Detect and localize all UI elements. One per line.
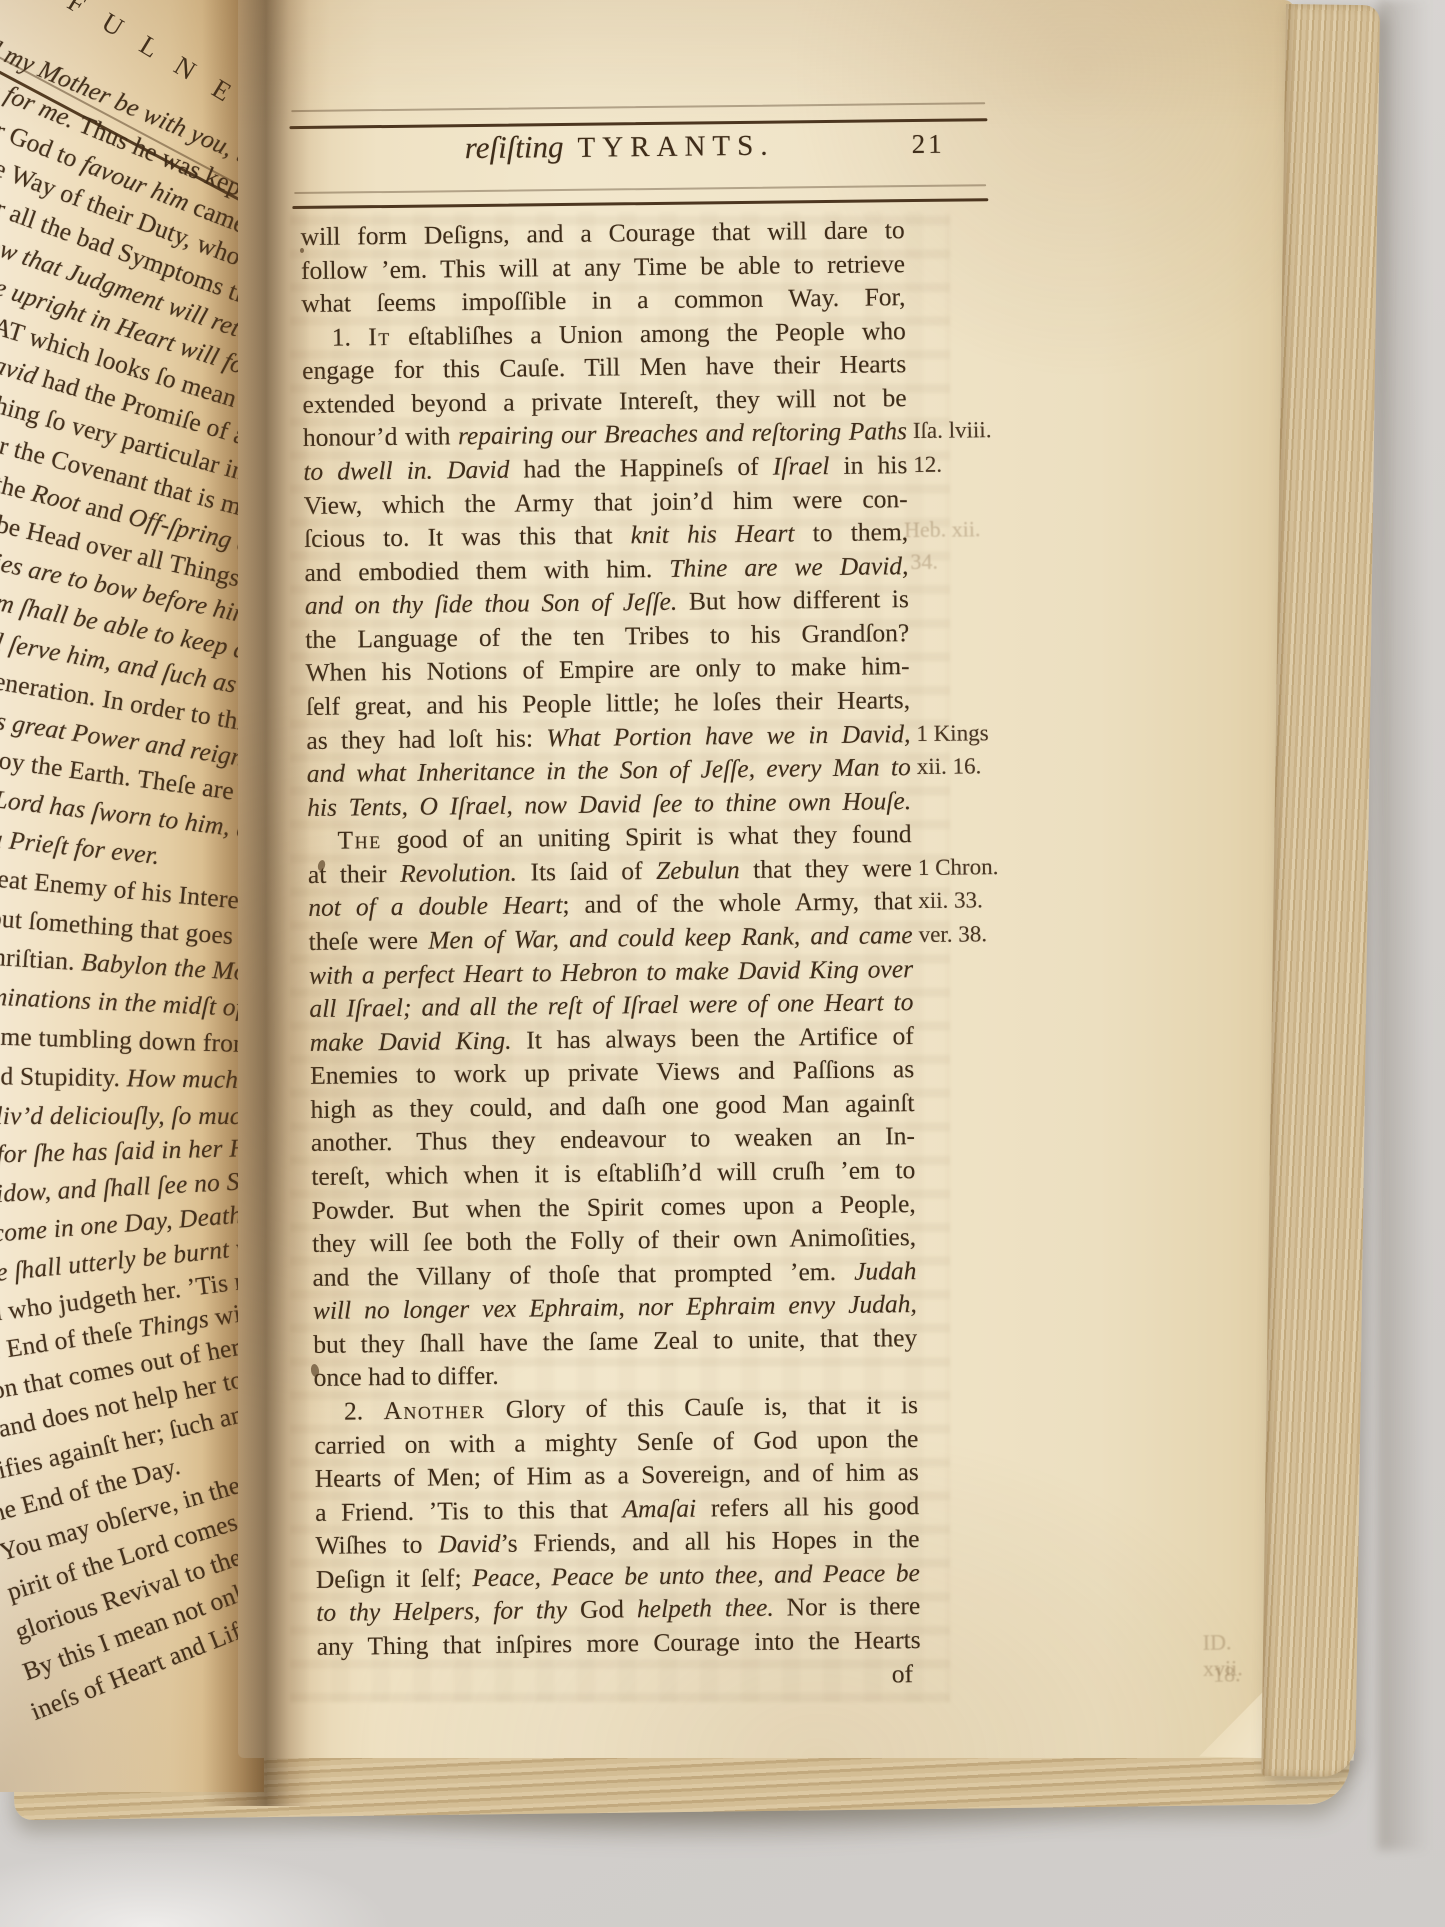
text-segment: extended beyond a private Intereſt, they… <box>302 383 906 419</box>
ghost-margin-note: 34. <box>910 549 938 575</box>
margin-note: 1 Kings <box>916 718 1056 748</box>
text-segment: David <box>447 455 510 485</box>
text-line: any Thing that inſpires more Courage int… <box>317 1624 921 1665</box>
text-segment: Judah <box>854 1256 917 1286</box>
text-segment: come tumbling down from the h <box>0 1021 264 1060</box>
text-segment: Iſrael <box>773 451 830 481</box>
text-segment: what ſeems impoſſible in a common Way. F… <box>301 282 905 318</box>
text-segment: God <box>580 1595 624 1624</box>
text-segment: When his Notions of Empire are only to m… <box>305 652 909 688</box>
text-segment: all Iſrael; and all the reſt of Iſrael w… <box>309 987 913 1023</box>
left-page-text-line: ominations in the midſt of the Ear <box>0 981 264 1027</box>
text-segment: to them, <box>794 517 908 547</box>
catchword: of <box>317 1659 913 1696</box>
text-segment: Nor is there <box>774 1591 921 1622</box>
text-segment: Zebulun <box>656 855 740 885</box>
text-segment: to dwell in. <box>303 455 433 485</box>
margin-note: xii. 33. <box>918 886 1058 916</box>
text-segment: Amaſai <box>622 1493 696 1523</box>
ghost-margin-note: 18. <box>1213 1661 1241 1687</box>
text-segment: will form Deſigns, and a Courage that wi… <box>301 215 905 251</box>
text-segment: good of an uniting Spirit is what they f… <box>381 819 911 854</box>
book-photo: F U L N E S S of nd my Mother be with yo… <box>0 0 1445 1927</box>
running-header-italic: reſiſting <box>465 129 564 165</box>
text-segment: will no longer vex Ephraim, nor Ephraim … <box>313 1289 917 1325</box>
text-segment: ſelf great, and his People little; he lo… <box>306 685 910 721</box>
header-rule-top-thin <box>291 102 985 111</box>
text-segment: and the Villany of thoſe that prompted ’… <box>312 1256 854 1291</box>
text-segment: View, which the Army that join’d him wer… <box>304 484 908 520</box>
text-segment: helpeth thee. <box>624 1593 774 1624</box>
text-segment: repairing our Breaches and reſtoring Pat… <box>458 417 907 451</box>
text-segment: had the Happineſs of <box>509 452 773 484</box>
text-segment: make David King. <box>310 1025 512 1056</box>
text-segment: knit his Heart <box>630 519 794 550</box>
text-segment: ominations in the midſt of the Ear <box>0 981 264 1026</box>
text-segment: It has always been the Artifice of <box>511 1021 914 1055</box>
text-segment: and on thy ſide thou Son of Jeſſe. <box>305 587 678 620</box>
text-segment: another. Thus they endeavour to weaken a… <box>311 1121 915 1157</box>
text-segment: ſcious to. It was this that <box>304 520 631 553</box>
text-segment: Its ſaid of <box>517 856 656 887</box>
book-edge-shadow <box>1378 0 1428 1850</box>
text-segment: tereſt, which when it is eſtabliſh’d wil… <box>311 1155 915 1191</box>
text-segment: to thy Helpers, for thy <box>316 1595 580 1627</box>
text-segment: with a perfect Heart to Hebron to make D… <box>309 954 913 990</box>
text-segment: the Language of the ten Tribes to his Gr… <box>305 618 909 654</box>
running-header: reſiſtingTYRANTS. <box>299 125 939 168</box>
left-page: F U L N E S S of nd my Mother be with yo… <box>0 0 264 1792</box>
right-page-text: reſiſtingTYRANTS. 21 will form Deſigns, … <box>298 0 1037 1720</box>
text-segment: his Tents, O Iſrael, now David ſee to th… <box>307 786 911 822</box>
text-segment: Root <box>29 478 83 518</box>
text-segment: a Friend. ’Tis to this that <box>315 1494 623 1526</box>
left-page-text-line: d liv’d deliciouſly, ſo much Torm <box>0 1101 264 1131</box>
text-segment: Chriſtian. <box>0 941 82 976</box>
margin-note: 1 Chron. <box>918 852 1058 882</box>
text-segment: It <box>368 322 391 351</box>
text-segment: Enemies to work up private Views and Paſ… <box>310 1054 914 1090</box>
left-page-text-line: and Stupidity. How much ſhe <box>0 1061 264 1095</box>
text-segment: Wiſhes to <box>315 1530 438 1560</box>
text-segment: Another <box>383 1395 485 1425</box>
text-segment: But how different is <box>677 584 909 616</box>
text-segment: David <box>438 1529 501 1559</box>
text-segment: and embodied them with him. <box>304 554 669 587</box>
text-segment: any Thing that inſpires more Courage int… <box>317 1625 921 1661</box>
text-segment: Powder. But when the Spirit comes upon a… <box>312 1189 916 1225</box>
text-segment: What Portion have we in David, <box>546 719 910 752</box>
text-segment: as they had loſt his: <box>306 723 546 755</box>
text-segment: Hearts of Men; of Him as a Sovereign, an… <box>315 1457 919 1493</box>
text-segment: not of a double Heart <box>308 890 562 922</box>
text-segment: r, for ſhe has ſaid in her Heart, I ſi <box>0 1131 264 1169</box>
text-segment: Deſign it ſelf; <box>316 1563 473 1594</box>
left-page-text-line: come tumbling down from the h <box>0 1021 264 1061</box>
text-segment: d liv’d deliciouſly, ſo much Torm <box>0 1101 264 1130</box>
text-segment: once had to differ. <box>313 1361 498 1392</box>
text-segment: Things <box>136 1304 210 1343</box>
text-segment: Babylon the Mother of <box>81 948 264 991</box>
text-segment: 1. <box>332 322 369 351</box>
header-rule-bottom <box>292 198 988 209</box>
text-segment: they will ſee both the Folly of their ow… <box>312 1222 916 1258</box>
margin-note: Iſa. lviii. <box>913 416 1053 446</box>
text-segment: Men of War, and could keep Rank, and cam… <box>428 920 913 954</box>
header-rule-bottom-thin <box>294 184 986 193</box>
left-page-text-line: r, for ſhe has ſaid in her Heart, I ſi <box>0 1131 264 1170</box>
text-segment: ’s Friends, and all his Hopes in the <box>500 1524 919 1558</box>
running-header-caps: TYRANTS. <box>577 130 774 164</box>
ghost-margin-note: Heb. xii. <box>904 516 981 543</box>
text-segment: eſtabliſhes a Union among the People who <box>391 316 906 351</box>
ink-speck <box>300 248 304 253</box>
text-segment: and Stupidity. <box>0 1061 127 1092</box>
right-page: reſiſtingTYRANTS. 21 will form Deſigns, … <box>238 0 1294 1758</box>
text-segment: engage for this Cauſe. Till Men have the… <box>302 349 906 385</box>
text-segment: that they were <box>739 853 912 884</box>
text-segment: and what Inheritance in the Son of Jeſſe… <box>307 752 911 788</box>
text-segment: Peace, Peace be unto thee, and Peace be <box>472 1558 920 1592</box>
text-segment: carried on with a mighty Senſe of God up… <box>314 1424 918 1460</box>
text-segment: 2. <box>344 1396 384 1425</box>
text-segment: follow ’em. This will at any Time be abl… <box>301 249 905 285</box>
text-segment: high as they could, and daſh one good Ma… <box>310 1088 914 1124</box>
text-segment <box>433 455 447 484</box>
text-segment: in his <box>829 450 907 480</box>
text-segment: but they ſhall have the ſame Zeal to uni… <box>313 1323 917 1359</box>
text-segment: ; and of the whole Army, that <box>562 886 912 919</box>
page-number: 21 <box>912 129 945 160</box>
margin-note: ver. 38. <box>918 919 1058 949</box>
text-segment: refers all his good <box>696 1491 919 1523</box>
text-segment: and <box>77 489 133 529</box>
text-segment: honour’d with <box>303 422 458 453</box>
text-segment: The <box>337 825 381 854</box>
text-segment: Revolution. <box>400 857 517 887</box>
margin-note: 12. <box>913 449 1053 479</box>
margin-note: xii. 16. <box>917 752 1057 782</box>
text-segment: Glory of this Cauſe is, that it is <box>485 1390 918 1424</box>
text-segment: theſe were <box>309 926 429 956</box>
text-segment: Thine are we David, <box>669 551 909 583</box>
